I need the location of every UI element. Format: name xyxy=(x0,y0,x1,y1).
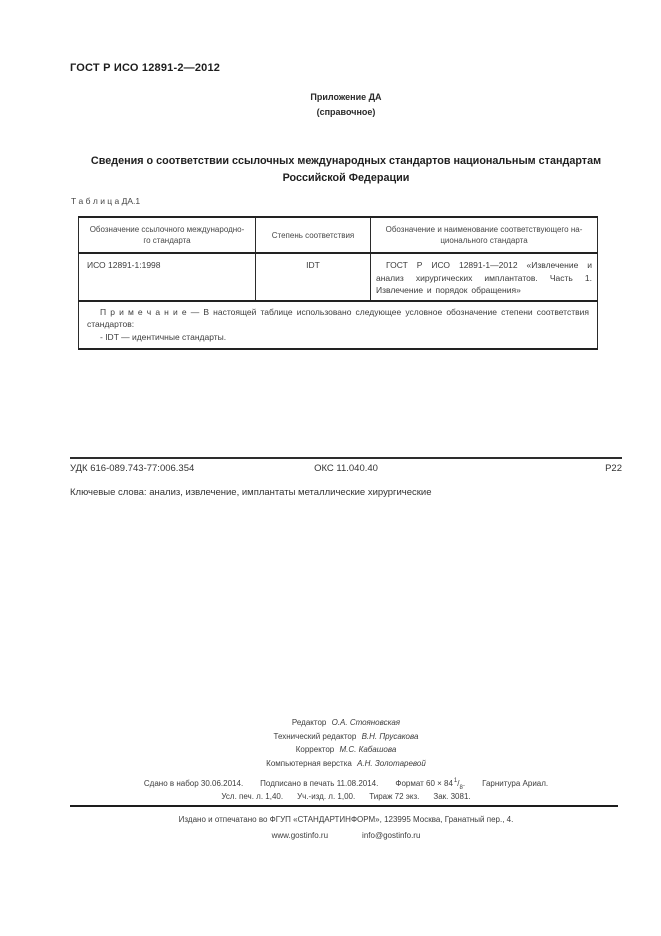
credit-corrector: Корректор М.С. Кабашова xyxy=(70,743,622,757)
table-note-row: П р и м е ч а н и е — В настоящей таблиц… xyxy=(79,301,598,350)
publisher-line: Издано и отпечатано во ФГУП «СТАНДАРТИНФ… xyxy=(70,815,622,824)
table-header-row: Обозначение ссылочного международно- го … xyxy=(79,217,598,253)
imprint-circulation: Тираж 72 экз. xyxy=(369,792,419,801)
table-caption: Т а б л и ц а ДА.1 xyxy=(71,196,140,206)
imprint-typeface: Гарнитура Ариал. xyxy=(482,779,548,788)
imprint-print-date: Подписано в печать 11.08.2014. xyxy=(260,779,378,788)
divider-line xyxy=(70,457,622,459)
table-note: П р и м е ч а н и е — В настоящей таблиц… xyxy=(79,301,598,350)
credit-technical-editor: Технический редактор В.Н. Прусакова xyxy=(70,730,622,744)
column-header-national-standard: Обозначение и наименование соответствующ… xyxy=(371,217,598,253)
footer-divider-line xyxy=(70,805,618,807)
column-header-degree: Степень соответствия xyxy=(256,217,371,253)
email-text: info@gostinfo.ru xyxy=(362,831,420,840)
imprint-order-number: Зак. 3081. xyxy=(433,792,470,801)
document-page: ГОСТ Р ИСО 12891-2—2012 Приложение ДА (с… xyxy=(0,0,661,936)
credit-editor: Редактор О.А. Стояновская xyxy=(70,716,622,730)
credit-layout: Компьютерная верстка А.Н. Золотаревой xyxy=(70,757,622,771)
keywords-line: Ключевые слова: анализ, извлечение, импл… xyxy=(70,487,622,498)
correspondence-table: Обозначение ссылочного международно- го … xyxy=(78,216,598,350)
annex-label: Приложение ДА xyxy=(70,90,622,105)
document-code: ГОСТ Р ИСО 12891-2—2012 xyxy=(70,62,220,74)
credits-block: Редактор О.А. Стояновская Технический ре… xyxy=(70,716,622,770)
cell-reference-standard: ИСО 12891-1:1998 xyxy=(79,253,256,301)
group-code: Р22 xyxy=(378,463,622,474)
website-text: www.gostinfo.ru xyxy=(272,831,328,840)
oks-code: ОКС 11.040.40 xyxy=(314,463,378,474)
annex-kind: (справочное) xyxy=(70,105,622,120)
imprint-typeset-date: Сдано в набор 30.06.2014. xyxy=(144,779,243,788)
classification-row: УДК 616-089.743-77:006.354 ОКС 11.040.40… xyxy=(70,463,622,474)
credit-name: А.Н. Золотаревой xyxy=(357,759,426,768)
imprint-press-sheets: Усл. печ. л. 1,40. xyxy=(221,792,283,801)
credit-name: О.А. Стояновская xyxy=(332,718,400,727)
note-item: - IDT — идентичные стандарты. xyxy=(87,331,589,344)
format-fraction: 1/8 xyxy=(454,778,463,791)
cell-national-standard: ГОСТ Р ИСО 12891-1—2012 «Извлечение и ан… xyxy=(371,253,598,301)
section-title: Сведения о соответствии ссылочных междун… xyxy=(70,153,622,187)
note-paragraph: П р и м е ч а н и е — В настоящей таблиц… xyxy=(87,306,589,331)
contacts-row: www.gostinfo.ru info@gostinfo.ru xyxy=(70,831,622,840)
credit-role: Технический редактор xyxy=(274,732,357,741)
imprint-publisher-sheets: Уч.-изд. л. 1,00. xyxy=(297,792,355,801)
cell-degree: IDT xyxy=(256,253,371,301)
credit-role: Корректор xyxy=(296,745,335,754)
udk-code: УДК 616-089.743-77:006.354 xyxy=(70,463,314,474)
credit-name: М.С. Кабашова xyxy=(340,745,397,754)
credit-role: Редактор xyxy=(292,718,326,727)
imprint-line-2: Усл. печ. л. 1,40. Уч.-изд. л. 1,00. Тир… xyxy=(70,792,622,801)
imprint-format: Формат 60 × 841/8. xyxy=(395,778,465,791)
credit-role: Компьютерная верстка xyxy=(266,759,352,768)
annex-heading: Приложение ДА (справочное) xyxy=(70,90,622,120)
imprint-line-1: Сдано в набор 30.06.2014. Подписано в пе… xyxy=(70,778,622,791)
column-header-reference-standard: Обозначение ссылочного международно- го … xyxy=(79,217,256,253)
credit-name: В.Н. Прусакова xyxy=(362,732,419,741)
table-row: ИСО 12891-1:1998 IDT ГОСТ Р ИСО 12891-1—… xyxy=(79,253,598,301)
